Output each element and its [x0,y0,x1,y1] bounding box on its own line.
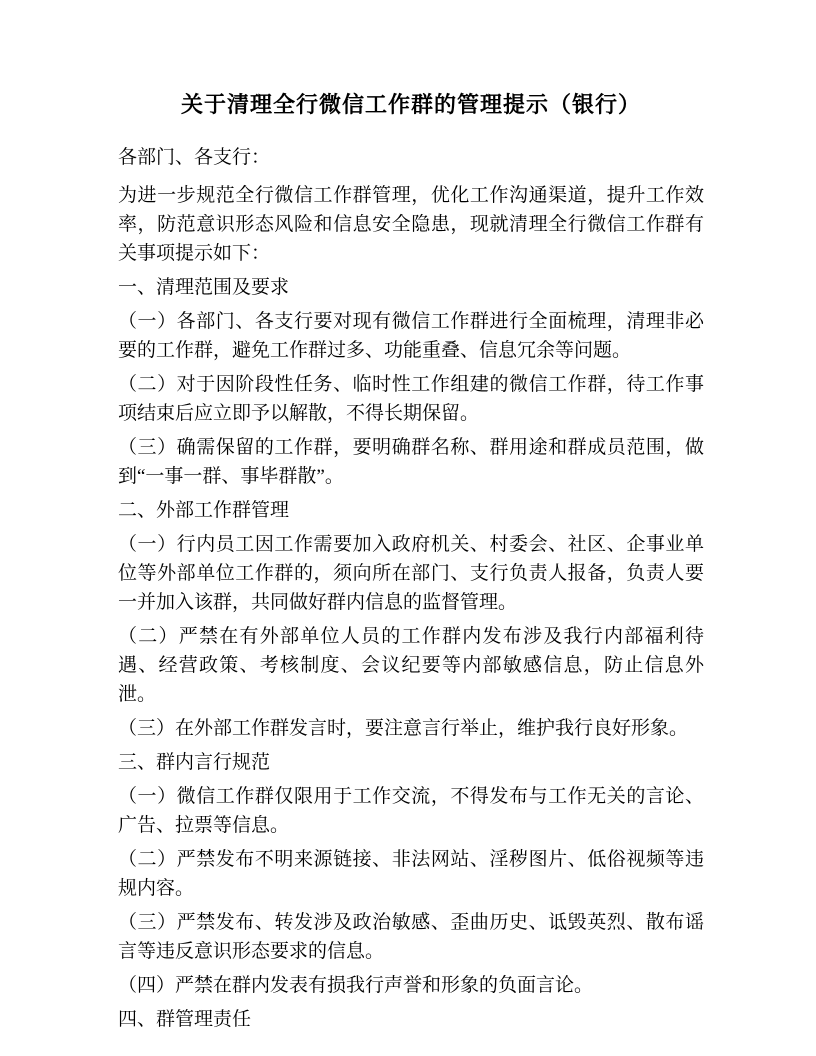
section-3-heading: 三、群内言行规范 [118,748,704,777]
document-content: 关于清理全行微信工作群的管理提示（银行） 各部门、各支行： 为进一步规范全行微信… [118,88,704,1039]
section-4-heading: 四、群管理责任 [118,1005,704,1034]
document-page: 关于清理全行微信工作群的管理提示（银行） 各部门、各支行： 为进一步规范全行微信… [0,0,816,1056]
section-1-item-3: （三）确需保留的工作群，要明确群名称、群用途和群成员范围，做到“一事一群、事毕群… [118,433,704,491]
section-1-heading: 一、清理范围及要求 [118,273,704,302]
section-2-item-2: （二）严禁在有外部单位人员的工作群内发布涉及我行内部福利待遇、经营政策、考核制度… [118,622,704,709]
section-3-item-3: （三）严禁发布、转发涉及政治敏感、歪曲历史、诋毁英烈、散布谣言等违反意识形态要求… [118,908,704,966]
section-1-item-2: （二）对于因阶段性任务、临时性工作组建的微信工作群，待工作事项结束后应立即予以解… [118,370,704,428]
section-2-heading: 二、外部工作群管理 [118,496,704,525]
section-1-item-1: （一）各部门、各支行要对现有微信工作群进行全面梳理，清理非必要的工作群，避免工作… [118,307,704,365]
salutation: 各部门、各支行： [118,143,704,172]
section-3-item-2: （二）严禁发布不明来源链接、非法网站、淫秽图片、低俗视频等违规内容。 [118,845,704,903]
intro-paragraph: 为进一步规范全行微信工作群管理，优化工作沟通渠道，提升工作效率，防范意识形态风险… [118,181,704,268]
section-3-item-1: （一）微信工作群仅限用于工作交流，不得发布与工作无关的言论、广告、拉票等信息。 [118,782,704,840]
section-2-item-3: （三）在外部工作群发言时，要注意言行举止，维护我行良好形象。 [118,714,704,743]
section-3-item-4: （四）严禁在群内发表有损我行声誉和形象的负面言论。 [118,971,704,1000]
document-title: 关于清理全行微信工作群的管理提示（银行） [118,88,704,122]
section-2-item-1: （一）行内员工因工作需要加入政府机关、村委会、社区、企事业单位等外部单位工作群的… [118,530,704,617]
